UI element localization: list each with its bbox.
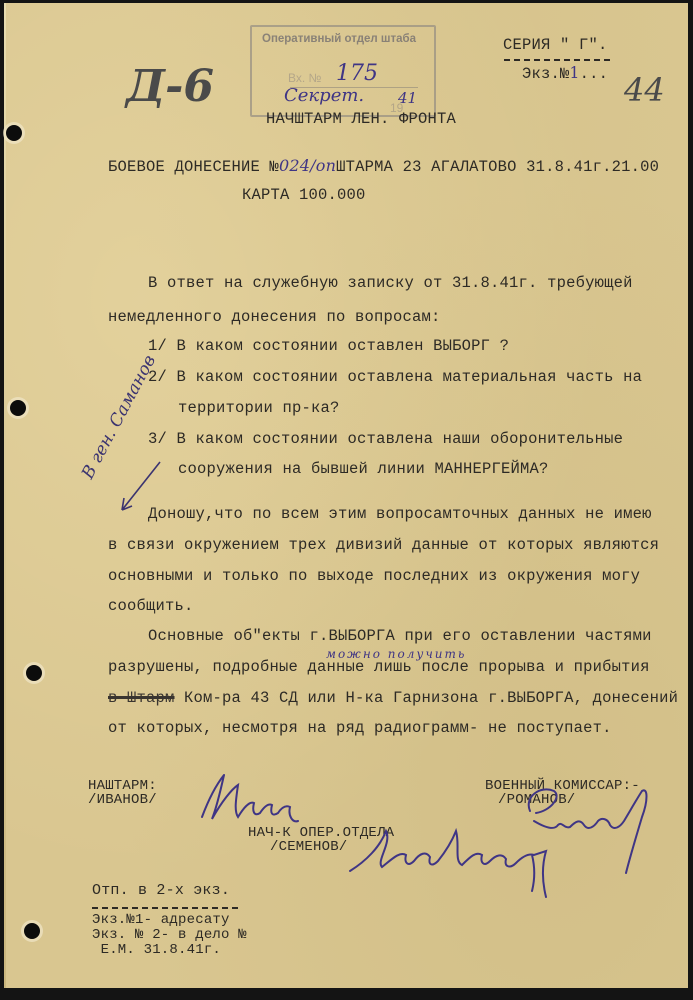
series-divider — [504, 59, 610, 61]
document-page: Оперативный отдел штаба Вх. № 19 175 Сек… — [4, 3, 688, 988]
question-3-cont: сооружения на бывшей линии МАННЕРГЕЙМА? — [178, 460, 549, 478]
copies-printed: Отп. в 2-х экз. — [92, 882, 230, 899]
signature-ivanov — [194, 771, 314, 831]
typist-initials-date: Е.М. 31.8.41г. — [92, 943, 221, 957]
intro-line-1: В ответ на служебную записку от 31.8.41г… — [148, 274, 633, 292]
question-text: В каком состоянии оставлена материальная… — [177, 368, 643, 386]
punch-hole — [6, 125, 22, 141]
report-prefix: БОЕВОЕ ДОНЕСЕНИЕ № — [108, 158, 279, 176]
archive-mark-d6: Д-6 — [126, 61, 214, 112]
question-text: В каком состоянии оставлен ВЫБОРГ ? — [177, 337, 510, 355]
question-3: 3/ В каком состоянии оставлена наши обор… — [148, 430, 623, 448]
copy-1-distribution: Экз.№1- адресату — [92, 913, 230, 927]
punch-hole — [10, 400, 26, 416]
ops-chief-name: /СЕМЕНОВ/ — [270, 840, 347, 854]
copy-number: 1 — [570, 64, 580, 82]
para2-line-1: Основные об"екты г.ВЫБОРГА при его остав… — [148, 627, 652, 645]
stamp-title: Оперативный отдел штаба — [262, 33, 416, 45]
copy-label-text: Экз.№ — [522, 65, 570, 83]
para2-line-2: разрушены, подробные данные лишь после п… — [108, 658, 650, 676]
para1-line-2: в связи окружением трех дивизий данные о… — [108, 536, 659, 554]
copy-dots: ... — [580, 65, 609, 83]
map-reference: КАРТА 100.000 — [242, 186, 366, 204]
question-2-cont: территории пр-ка? — [178, 399, 340, 417]
report-title: БОЕВОЕ ДОНЕСЕНИЕ №024/опШТАРМА 23 АГАЛАТ… — [108, 156, 659, 176]
addressee: НАЧШТАРМ ЛЕН. ФРОНТА — [266, 110, 456, 128]
chief-of-staff-title: НАШТАРМ: — [88, 779, 157, 793]
stamp-incoming-label: Вх. № — [288, 71, 321, 85]
report-suffix: ШТАРМА 23 АГАЛАТОВО 31.8.41г.21.00 — [336, 158, 659, 176]
copy-2-distribution: Экз. № 2- в дело № — [92, 928, 247, 942]
para1-line-3: основными и только по выходе последних и… — [108, 567, 640, 585]
signature-romanov — [514, 781, 664, 881]
stamp-secret-note: Секрет. — [284, 85, 364, 106]
stamp-incoming-number: 175 — [336, 61, 378, 86]
para2-line-3-text: Ком-ра 43 СД или Н-ка Гарнизона г.ВЫБОРГ… — [175, 689, 679, 707]
report-number: 024/оп — [279, 156, 336, 175]
intro-line-2: немедленного донесения по вопросам: — [108, 308, 441, 326]
question-text: В каком состоянии оставлена наши оборони… — [177, 430, 624, 448]
question-number: 3/ — [148, 430, 167, 448]
struck-text: в Штарм — [108, 689, 175, 707]
question-number: 1/ — [148, 337, 167, 355]
para2-line-4: от которых, несмотря на ряд радиограмм- … — [108, 719, 612, 737]
punch-hole — [24, 923, 40, 939]
punch-hole — [26, 665, 42, 681]
para1-line-4: сообщить. — [108, 597, 194, 615]
copy-label: Экз.№1... — [522, 64, 608, 83]
stamp-year-handwritten: 41 — [398, 89, 417, 107]
series-label: СЕРИЯ " Г". — [503, 36, 608, 54]
chief-of-staff-name: /ИВАНОВ/ — [88, 793, 157, 807]
para2-line-3: в Штарм Ком-ра 43 СД или Н-ка Гарнизона … — [108, 689, 678, 707]
para1-line-1: Доношу,что по всем этим вопросамточных д… — [148, 505, 652, 523]
footer-divider — [92, 907, 238, 909]
question-2: 2/ В каком состоянии оставлена материаль… — [148, 368, 642, 386]
page-number-handwritten: 44 — [624, 71, 665, 109]
question-1: 1/ В каком состоянии оставлен ВЫБОРГ ? — [148, 337, 509, 355]
